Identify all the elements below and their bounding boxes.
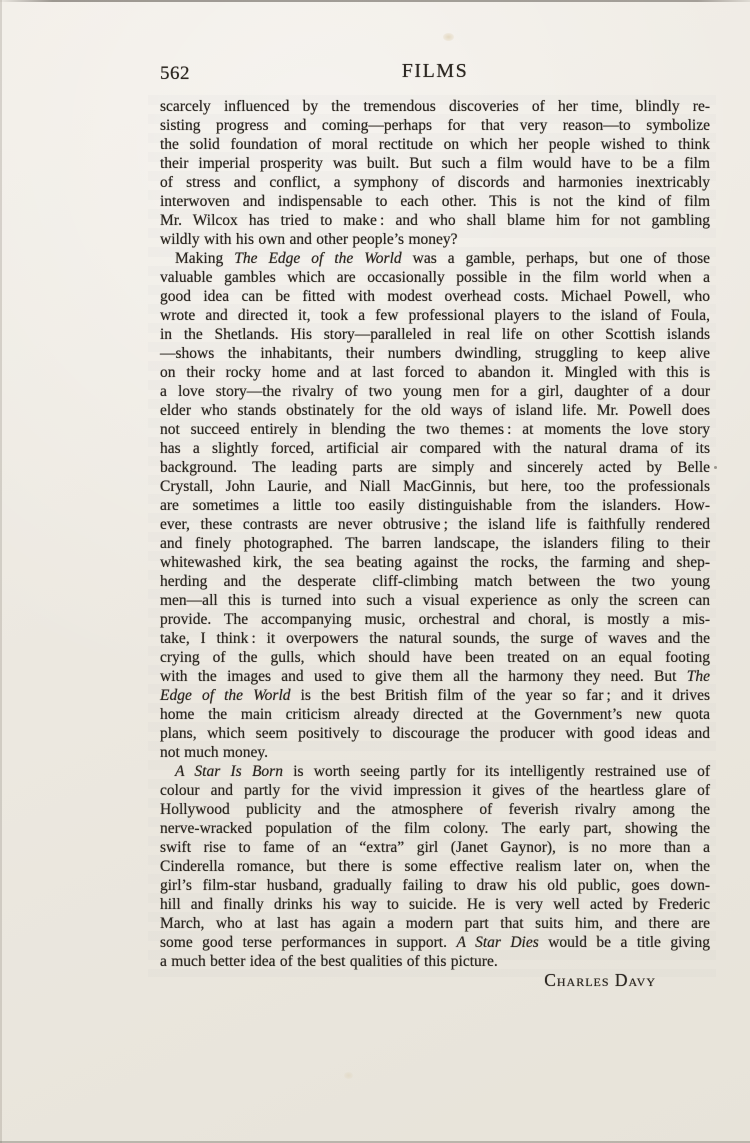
text-line: March, who at last has again a modern pa… xyxy=(160,914,710,933)
text-line: crying of the gulls, which should have b… xyxy=(160,648,710,667)
text-segment: wrote and directed it, took a few profes… xyxy=(160,307,710,324)
page-header-title: FILMS xyxy=(160,60,710,83)
body-text: scarcely influenced by the tremendous di… xyxy=(160,97,710,971)
text-segment: interwoven and indispensable to each oth… xyxy=(160,193,710,210)
text-segment: some good terse performances in support. xyxy=(160,934,456,951)
paragraph: A Star Is Born is worth seeing partly fo… xyxy=(160,762,710,971)
text-line: are sometimes a little too easily distin… xyxy=(160,496,710,515)
text-segment: crying of the gulls, which should have b… xyxy=(160,649,710,666)
text-segment: provide. The accompanying music, orchest… xyxy=(160,611,710,628)
paper-speck xyxy=(714,466,717,469)
paragraph: Making The Edge of the World was a gambl… xyxy=(160,249,710,762)
text-line: Hollywood publicity and the atmosphere o… xyxy=(160,800,710,819)
text-line: hill and finally drinks his way to suici… xyxy=(160,895,710,914)
scan-left-edge xyxy=(0,0,2,1143)
text-segment: plans, which seem positively to discoura… xyxy=(160,725,710,742)
text-segment: sisting progress and coming—perhaps for … xyxy=(160,117,710,134)
page-number: 562 xyxy=(160,63,190,85)
text-line: home the main criticism already directed… xyxy=(160,705,710,724)
text-segment: a love story—the rivalry of two young me… xyxy=(160,383,710,400)
text-segment: whitewashed kirk, the sea beating agains… xyxy=(160,554,710,571)
text-line: Crystall, John Laurie, and Niall MacGinn… xyxy=(160,477,710,496)
text-line: ever, these contrasts are never obtrusiv… xyxy=(160,515,710,534)
italic-text: A Star Dies xyxy=(456,934,538,951)
text-line: men—all this is turned into such a visua… xyxy=(160,591,710,610)
text-line: has a slightly forced, artificial air co… xyxy=(160,439,710,458)
italic-text: The xyxy=(687,668,710,685)
italic-text: The Edge of the World xyxy=(234,250,401,267)
text-segment: are sometimes a little too easily distin… xyxy=(160,497,710,514)
text-segment: Hollywood publicity and the atmosphere o… xyxy=(160,801,710,818)
text-segment: ever, these contrasts are never obtrusiv… xyxy=(160,516,710,533)
text-segment: is worth seeing partly for its intellige… xyxy=(283,763,710,780)
text-line: sisting progress and coming—perhaps for … xyxy=(160,116,710,135)
text-segment: hill and finally drinks his way to suici… xyxy=(160,896,710,913)
text-segment: not succeed entirely in blending the two… xyxy=(160,421,710,438)
text-segment: take, I think : it overpowers the natura… xyxy=(160,630,710,647)
text-segment: wildly with his own and other people’s m… xyxy=(160,231,458,248)
text-line: plans, which seem positively to discoura… xyxy=(160,724,710,743)
text-line: the solid foundation of moral rectitude … xyxy=(160,135,710,154)
text-segment: not much money. xyxy=(160,744,268,761)
scan-top-edge xyxy=(0,0,750,2)
text-segment: was a gamble, perhaps, but one of those xyxy=(402,250,710,267)
text-segment: scarcely influenced by the tremendous di… xyxy=(160,98,710,115)
text-segment: colour and partly for the vivid impressi… xyxy=(160,782,710,799)
text-segment: elder who stands obstinately for the old… xyxy=(160,402,710,419)
italic-text: Edge of the World xyxy=(160,687,291,704)
text-line: swift rise to fame of an “extra” girl (J… xyxy=(160,838,710,857)
text-line: elder who stands obstinately for the old… xyxy=(160,401,710,420)
text-line: Mr. Wilcox has tried to make : and who s… xyxy=(160,211,710,230)
text-line: take, I think : it overpowers the natura… xyxy=(160,629,710,648)
text-segment: of stress and conflict, a symphony of di… xyxy=(160,174,710,191)
text-line: not succeed entirely in blending the two… xyxy=(160,420,710,439)
text-segment: and finely photographed. The barren land… xyxy=(160,535,710,552)
paragraph: scarcely influenced by the tremendous di… xyxy=(160,97,710,249)
text-line: background. The leading parts are simply… xyxy=(160,458,710,477)
text-line: A Star Is Born is worth seeing partly fo… xyxy=(160,762,710,781)
text-line: valuable gambles which are occasionally … xyxy=(160,268,710,287)
text-line: their imperial prosperity was built. But… xyxy=(160,154,710,173)
text-segment: home the main criticism already directed… xyxy=(160,706,710,723)
paper-stain xyxy=(344,1072,353,1079)
text-segment: Crystall, John Laurie, and Niall MacGinn… xyxy=(160,478,710,495)
text-line: on their rocky home and at last forced t… xyxy=(160,363,710,382)
text-segment: a much better idea of the best qualities… xyxy=(160,953,498,970)
text-segment: girl’s film-star husband, gradually fail… xyxy=(160,877,710,894)
text-segment: swift rise to fame of an “extra” girl (J… xyxy=(160,839,710,856)
text-line: nerve-wracked population of the film col… xyxy=(160,819,710,838)
text-segment: would be a title giving xyxy=(539,934,710,951)
text-segment: men—all this is turned into such a visua… xyxy=(160,592,710,609)
text-line: —shows the inhabitants, their numbers dw… xyxy=(160,344,710,363)
text-line: in the Shetlands. His story—paralleled i… xyxy=(160,325,710,344)
paper-stain xyxy=(443,33,454,41)
text-line: Making The Edge of the World was a gambl… xyxy=(160,249,710,268)
text-line: wrote and directed it, took a few profes… xyxy=(160,306,710,325)
text-segment: good idea can be fitted with modest over… xyxy=(160,288,710,305)
author-signature: Charles Davy xyxy=(160,970,710,991)
text-segment: March, who at last has again a modern pa… xyxy=(160,915,710,932)
text-segment: on their rocky home and at last forced t… xyxy=(160,364,710,381)
italic-text: A Star Is Born xyxy=(175,763,283,780)
text-line: with the images and used to give them al… xyxy=(160,667,710,686)
scanned-page: 562 FILMS scarcely influenced by the tre… xyxy=(0,0,750,1143)
text-line: wildly with his own and other people’s m… xyxy=(160,230,710,249)
text-segment: with the images and used to give them al… xyxy=(160,668,687,685)
text-segment: in the Shetlands. His story—paralleled i… xyxy=(160,326,710,343)
text-segment: background. The leading parts are simply… xyxy=(160,459,710,476)
text-line: interwoven and indispensable to each oth… xyxy=(160,192,710,211)
text-line: a love story—the rivalry of two young me… xyxy=(160,382,710,401)
text-segment: Cinderella romance, but there is some ef… xyxy=(160,858,710,875)
text-segment: nerve-wracked population of the film col… xyxy=(160,820,710,837)
text-segment: the solid foundation of moral rectitude … xyxy=(160,136,710,153)
text-line: good idea can be fitted with modest over… xyxy=(160,287,710,306)
text-segment: their imperial prosperity was built. But… xyxy=(160,155,710,172)
text-line: Edge of the World is the best British fi… xyxy=(160,686,710,705)
text-line: colour and partly for the vivid impressi… xyxy=(160,781,710,800)
text-line: not much money. xyxy=(160,743,710,762)
text-line: and finely photographed. The barren land… xyxy=(160,534,710,553)
page-header: 562 FILMS xyxy=(160,60,710,86)
text-line: of stress and conflict, a symphony of di… xyxy=(160,173,710,192)
text-line: scarcely influenced by the tremendous di… xyxy=(160,97,710,116)
text-line: whitewashed kirk, the sea beating agains… xyxy=(160,553,710,572)
text-line: girl’s film-star husband, gradually fail… xyxy=(160,876,710,895)
text-line: herding and the desperate cliff-climbing… xyxy=(160,572,710,591)
text-segment: has a slightly forced, artificial air co… xyxy=(160,440,710,457)
text-segment: is the best British film of the year so … xyxy=(291,687,711,704)
text-segment: Making xyxy=(175,250,234,267)
text-line: provide. The accompanying music, orchest… xyxy=(160,610,710,629)
text-segment: herding and the desperate cliff-climbing… xyxy=(160,573,710,590)
text-line: Cinderella romance, but there is some ef… xyxy=(160,857,710,876)
text-segment: valuable gambles which are occasionally … xyxy=(160,269,710,286)
text-segment: Mr. Wilcox has tried to make : and who s… xyxy=(160,212,710,229)
text-line: some good terse performances in support.… xyxy=(160,933,710,952)
text-segment: —shows the inhabitants, their numbers dw… xyxy=(160,345,710,362)
text-line: a much better idea of the best qualities… xyxy=(160,952,710,971)
